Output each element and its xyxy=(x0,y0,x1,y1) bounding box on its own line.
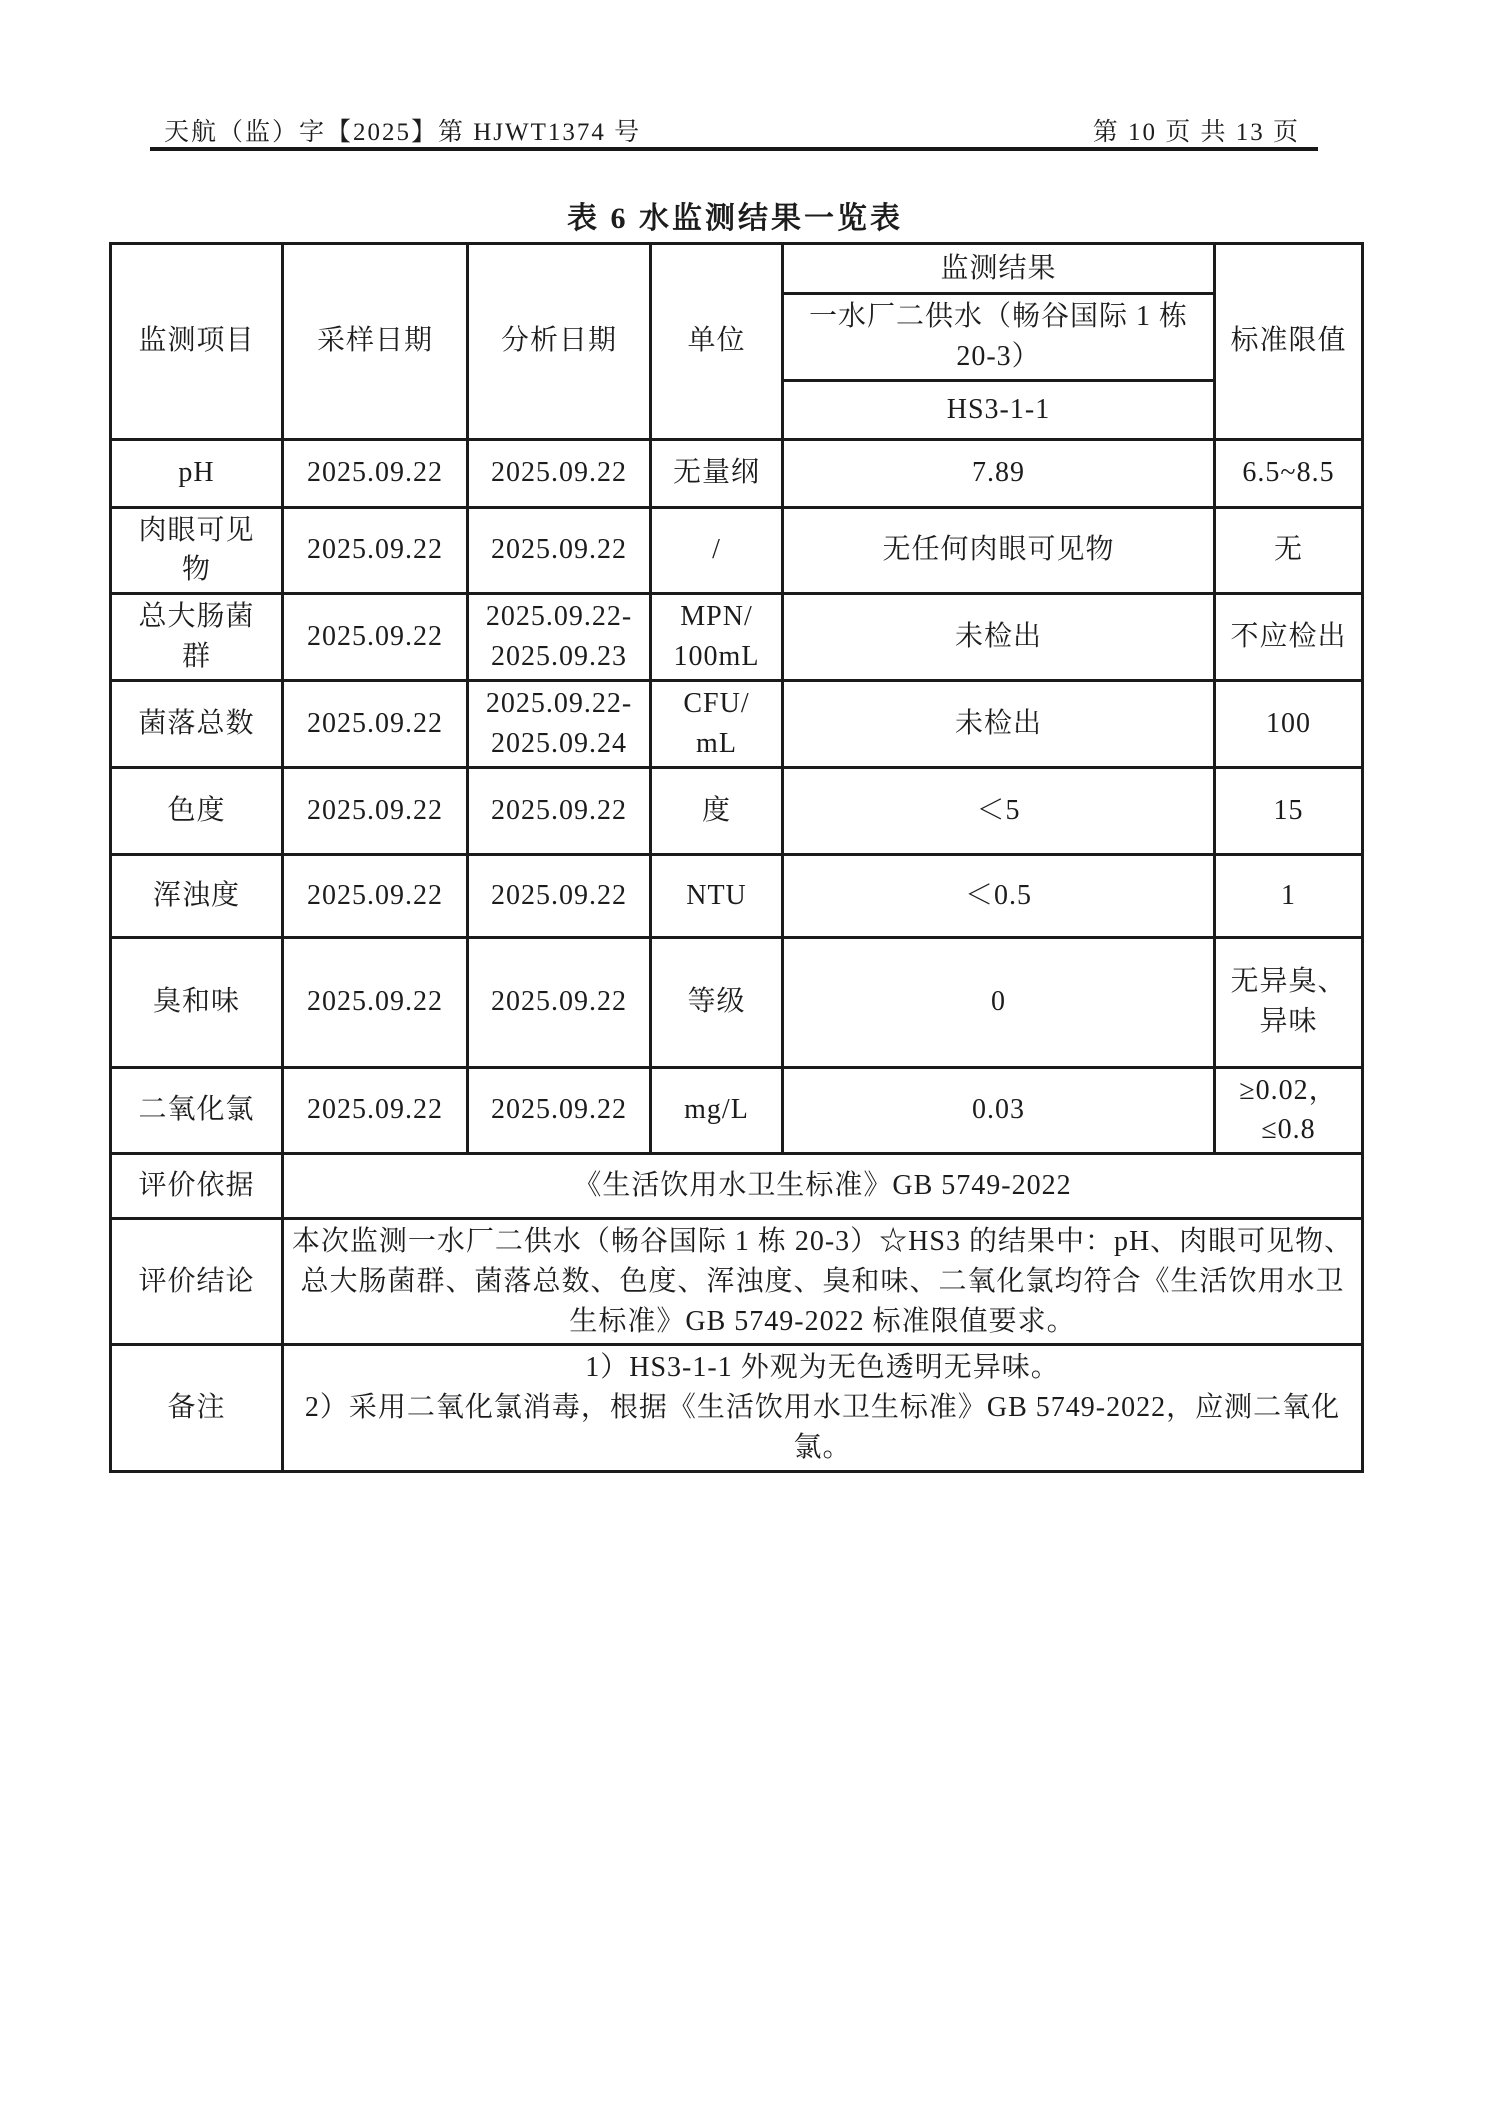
cell-sample-date: 2025.09.22 xyxy=(283,594,468,681)
cell-analysis-date: 2025.09.22 xyxy=(468,937,651,1067)
cell-item: 色度 xyxy=(111,767,283,854)
table-row: 菌落总数 2025.09.22 2025.09.22- 2025.09.24 C… xyxy=(111,681,1363,768)
footer-label: 评价结论 xyxy=(111,1219,283,1345)
cell-sample-date: 2025.09.22 xyxy=(283,1067,468,1154)
cell-result: 0.03 xyxy=(783,1067,1215,1154)
cell-limit: 1 xyxy=(1215,854,1363,937)
cell-analysis-date: 2025.09.22 xyxy=(468,854,651,937)
table-row: 浑浊度 2025.09.22 2025.09.22 NTU ＜0.5 1 xyxy=(111,854,1363,937)
cell-limit: 不应检出 xyxy=(1215,594,1363,681)
cell-unit: mg/L xyxy=(651,1067,783,1154)
cell-sample-date: 2025.09.22 xyxy=(283,439,468,507)
cell-analysis-date: 2025.09.22- 2025.09.23 xyxy=(468,594,651,681)
cell-sample-date: 2025.09.22 xyxy=(283,681,468,768)
footer-content-basis: 《生活饮用水卫生标准》GB 5749-2022 xyxy=(283,1154,1363,1219)
row-remarks: 备注 1）HS3-1-1 外观为无色透明无异味。 2）采用二氧化氯消毒，根据《生… xyxy=(111,1345,1363,1471)
footer-content-conclusion: 本次监测一水厂二供水（畅谷国际 1 栋 20-3）☆HS3 的结果中：pH、肉眼… xyxy=(283,1219,1363,1345)
cell-analysis-date: 2025.09.22 xyxy=(468,439,651,507)
cell-unit: MPN/ 100mL xyxy=(651,594,783,681)
cell-result: 7.89 xyxy=(783,439,1215,507)
cell-unit: 等级 xyxy=(651,937,783,1067)
cell-unit: NTU xyxy=(651,854,783,937)
cell-result: ＜0.5 xyxy=(783,854,1215,937)
cell-analysis-date: 2025.09.22- 2025.09.24 xyxy=(468,681,651,768)
cell-unit: / xyxy=(651,507,783,594)
cell-analysis-date: 2025.09.22 xyxy=(468,767,651,854)
results-table: 监测项目 采样日期 分析日期 单位 监测结果 标准限值 一水厂二供水（畅谷国际 … xyxy=(109,242,1364,1473)
cell-unit: 度 xyxy=(651,767,783,854)
footer-label: 备注 xyxy=(111,1345,283,1471)
table-row: 肉眼可见 物 2025.09.22 2025.09.22 / 无任何肉眼可见物 … xyxy=(111,507,1363,594)
cell-item: 菌落总数 xyxy=(111,681,283,768)
cell-sample-date: 2025.09.22 xyxy=(283,507,468,594)
header-row-1: 监测项目 采样日期 分析日期 单位 监测结果 标准限值 xyxy=(111,244,1363,294)
cell-unit: CFU/ mL xyxy=(651,681,783,768)
row-evaluation-basis: 评价依据 《生活饮用水卫生标准》GB 5749-2022 xyxy=(111,1154,1363,1219)
document-page: 天航（监）字【2025】第 HJWT1374 号 第 10 页 共 13 页 表… xyxy=(0,0,1490,2105)
table-row: 色度 2025.09.22 2025.09.22 度 ＜5 15 xyxy=(111,767,1363,854)
cell-limit: 6.5~8.5 xyxy=(1215,439,1363,507)
cell-result: 无任何肉眼可见物 xyxy=(783,507,1215,594)
cell-item: 总大肠菌 群 xyxy=(111,594,283,681)
cell-analysis-date: 2025.09.22 xyxy=(468,507,651,594)
cell-sample-date: 2025.09.22 xyxy=(283,854,468,937)
col-header-item: 监测项目 xyxy=(111,244,283,440)
cell-limit: 无异臭、 异味 xyxy=(1215,937,1363,1067)
cell-sample-date: 2025.09.22 xyxy=(283,937,468,1067)
col-header-sample-date: 采样日期 xyxy=(283,244,468,440)
cell-unit: 无量纲 xyxy=(651,439,783,507)
table-row: 总大肠菌 群 2025.09.22 2025.09.22- 2025.09.23… xyxy=(111,594,1363,681)
cell-item: 二氧化氯 xyxy=(111,1067,283,1154)
table-row: pH 2025.09.22 2025.09.22 无量纲 7.89 6.5~8.… xyxy=(111,439,1363,507)
cell-result: 0 xyxy=(783,937,1215,1067)
table-row: 臭和味 2025.09.22 2025.09.22 等级 0 无异臭、 异味 xyxy=(111,937,1363,1067)
doc-number: 天航（监）字【2025】第 HJWT1374 号 xyxy=(164,112,641,148)
col-header-analysis-date: 分析日期 xyxy=(468,244,651,440)
cell-result: 未检出 xyxy=(783,681,1215,768)
footer-label: 评价依据 xyxy=(111,1154,283,1219)
cell-result: ＜5 xyxy=(783,767,1215,854)
col-header-result-site: 一水厂二供水（畅谷国际 1 栋 20-3） xyxy=(783,294,1215,381)
col-header-limit: 标准限值 xyxy=(1215,244,1363,440)
cell-limit: 100 xyxy=(1215,681,1363,768)
cell-analysis-date: 2025.09.22 xyxy=(468,1067,651,1154)
cell-item: pH xyxy=(111,439,283,507)
col-header-result-code: HS3-1-1 xyxy=(783,380,1215,439)
page-indicator: 第 10 页 共 13 页 xyxy=(1093,112,1300,148)
cell-limit: 15 xyxy=(1215,767,1363,854)
cell-item: 肉眼可见 物 xyxy=(111,507,283,594)
cell-item: 浑浊度 xyxy=(111,854,283,937)
cell-sample-date: 2025.09.22 xyxy=(283,767,468,854)
col-header-unit: 单位 xyxy=(651,244,783,440)
header-rule xyxy=(150,147,1318,151)
cell-item: 臭和味 xyxy=(111,937,283,1067)
col-header-result-group: 监测结果 xyxy=(783,244,1215,294)
table-title: 表 6 水监测结果一览表 xyxy=(109,193,1361,237)
cell-limit: 无 xyxy=(1215,507,1363,594)
cell-limit: ≥0.02， ≤0.8 xyxy=(1215,1067,1363,1154)
footer-content-remarks: 1）HS3-1-1 外观为无色透明无异味。 2）采用二氧化氯消毒，根据《生活饮用… xyxy=(283,1345,1363,1471)
table-row: 二氧化氯 2025.09.22 2025.09.22 mg/L 0.03 ≥0.… xyxy=(111,1067,1363,1154)
cell-result: 未检出 xyxy=(783,594,1215,681)
row-evaluation-conclusion: 评价结论 本次监测一水厂二供水（畅谷国际 1 栋 20-3）☆HS3 的结果中：… xyxy=(111,1219,1363,1345)
